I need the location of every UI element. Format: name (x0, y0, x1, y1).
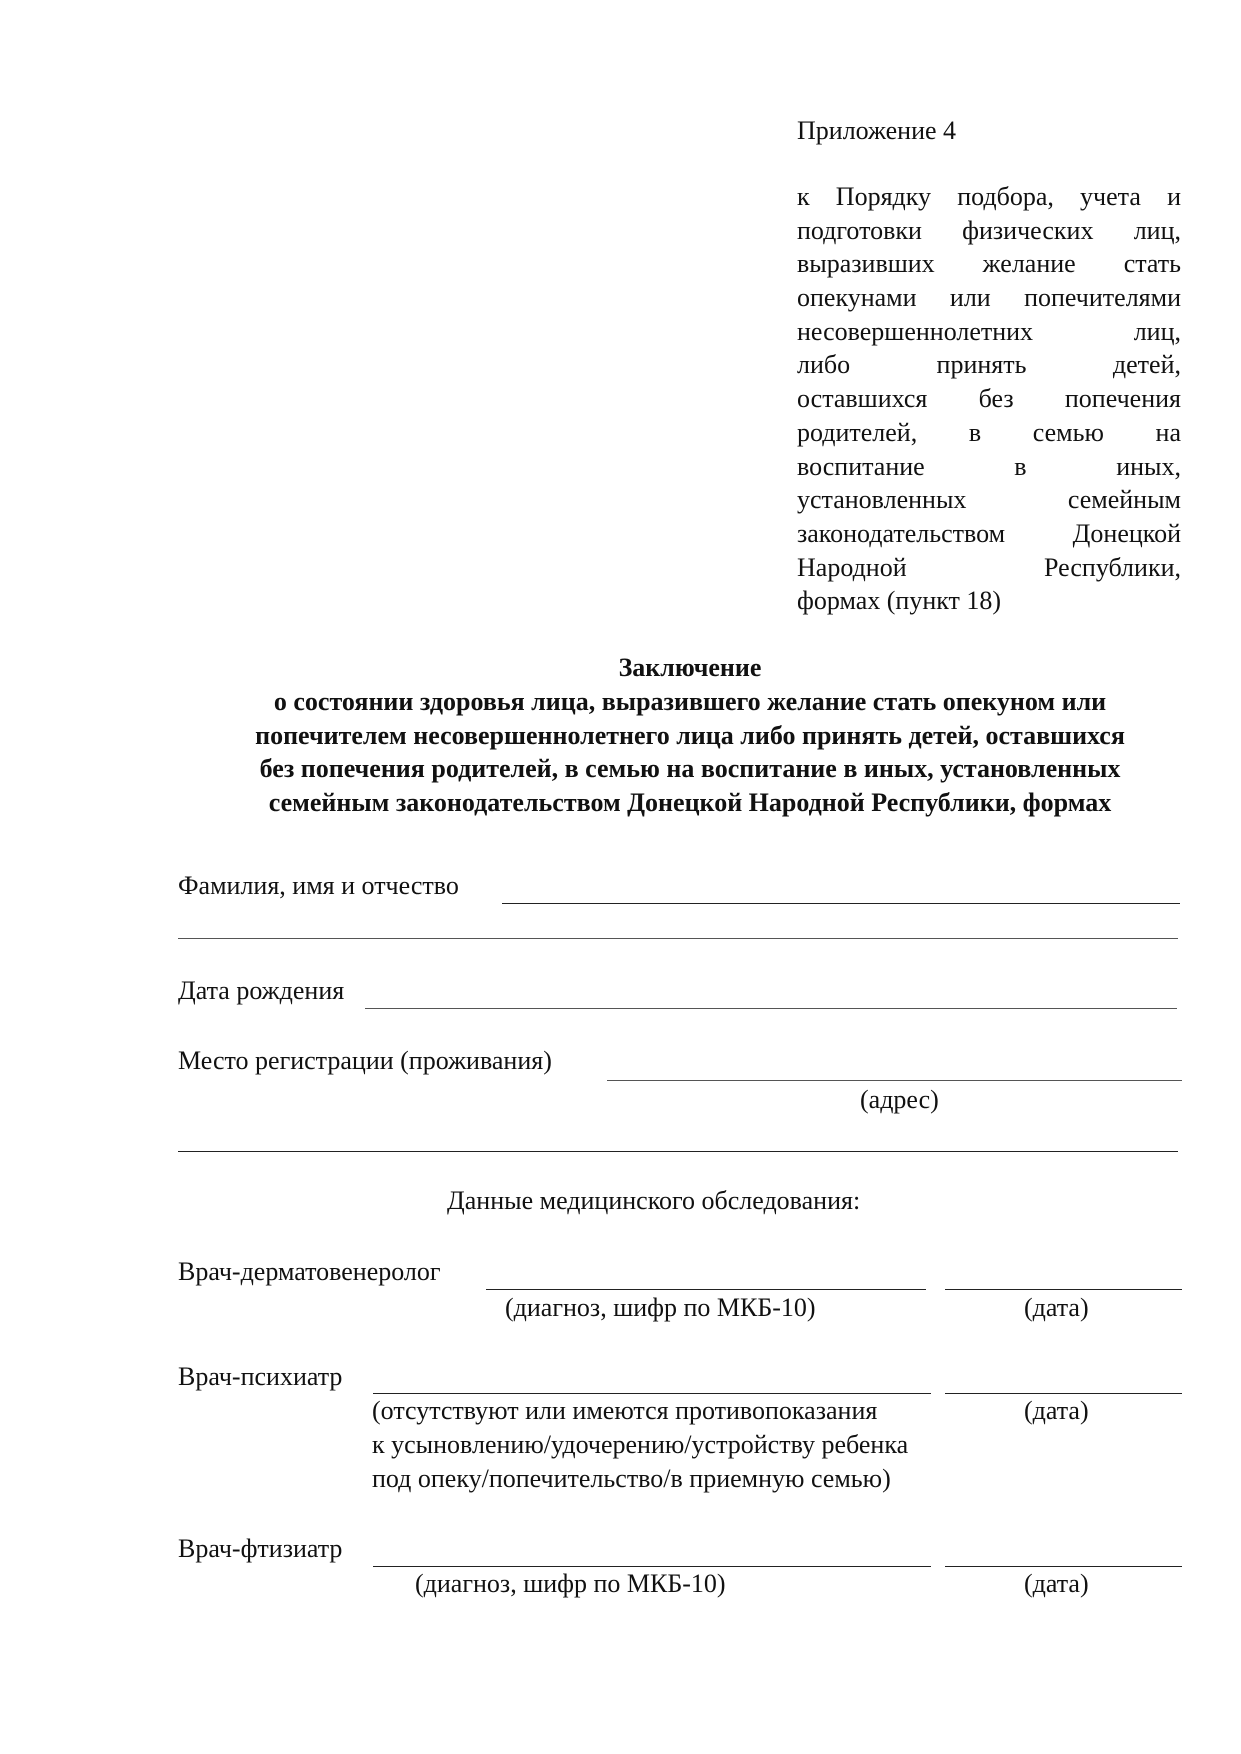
appendix-reference: к Порядку подбора, учета и подготовки фи… (797, 180, 1181, 618)
appendix-line: воспитание в иных, (797, 450, 1181, 484)
registration-label: Место регистрации (проживания) (178, 1044, 552, 1078)
birth-date-field[interactable] (365, 1008, 1177, 1009)
appendix-line: выразивших желание стать (797, 247, 1181, 281)
heading-line: о состоянии здоровья лица, выразившего ж… (150, 685, 1230, 719)
dermatovenerologist-date-field[interactable] (945, 1289, 1182, 1290)
diagnosis-caption: (диагноз, шифр по МКБ-10) (505, 1291, 816, 1325)
date-caption: (дата) (1024, 1291, 1089, 1325)
psychiatrist-label: Врач-психиатр (178, 1360, 342, 1394)
medical-section-title: Данные медицинского обследования: (447, 1184, 860, 1218)
appendix-line: установленных семейным (797, 483, 1181, 517)
appendix-line: опекунами или попечителями (797, 281, 1181, 315)
registration-field[interactable] (607, 1080, 1182, 1081)
diagnosis-caption: (диагноз, шифр по МКБ-10) (415, 1567, 726, 1601)
appendix-title: Приложение 4 (797, 114, 956, 148)
date-caption: (дата) (1024, 1394, 1089, 1428)
birth-date-label: Дата рождения (178, 974, 344, 1008)
contraindications-caption: к усыновлению/удочерению/устройству ребе… (372, 1428, 908, 1462)
appendix-line: Народной Республики, (797, 551, 1181, 585)
address-caption: (адрес) (860, 1083, 939, 1117)
appendix-line: к Порядку подбора, учета и (797, 180, 1181, 214)
heading-line: семейным законодательством Донецкой Наро… (150, 786, 1230, 820)
full-name-field[interactable] (502, 903, 1180, 904)
document-heading: Заключение о состоянии здоровья лица, вы… (150, 651, 1230, 820)
document-title: Заключение (150, 651, 1230, 685)
appendix-line: оставшихся без попечения (797, 382, 1181, 416)
appendix-line: несовершеннолетних лиц, (797, 315, 1181, 349)
dermatovenerologist-diagnosis-field[interactable] (486, 1289, 926, 1290)
phthisiatrician-label: Врач-фтизиатр (178, 1532, 342, 1566)
appendix-line: подготовки физических лиц, (797, 214, 1181, 248)
dermatovenerologist-label: Врач-дерматовенеролог (178, 1255, 441, 1289)
heading-line: без попечения родителей, в семью на восп… (150, 752, 1230, 786)
registration-field-continuation[interactable] (178, 1151, 1178, 1152)
appendix-line: законодательством Донецкой (797, 517, 1181, 551)
heading-line: попечителем несовершеннолетнего лица либ… (150, 719, 1230, 753)
contraindications-caption: (отсутствуют или имеются противопоказани… (372, 1394, 877, 1428)
appendix-line: либо принять детей, (797, 348, 1181, 382)
full-name-field-continuation[interactable] (178, 938, 1178, 939)
contraindications-caption: под опеку/попечительство/в приемную семь… (372, 1462, 891, 1496)
full-name-label: Фамилия, имя и отчество (178, 869, 459, 903)
appendix-line: формах (пункт 18) (797, 584, 1181, 618)
date-caption: (дата) (1024, 1567, 1089, 1601)
appendix-line: родителей, в семью на (797, 416, 1181, 450)
